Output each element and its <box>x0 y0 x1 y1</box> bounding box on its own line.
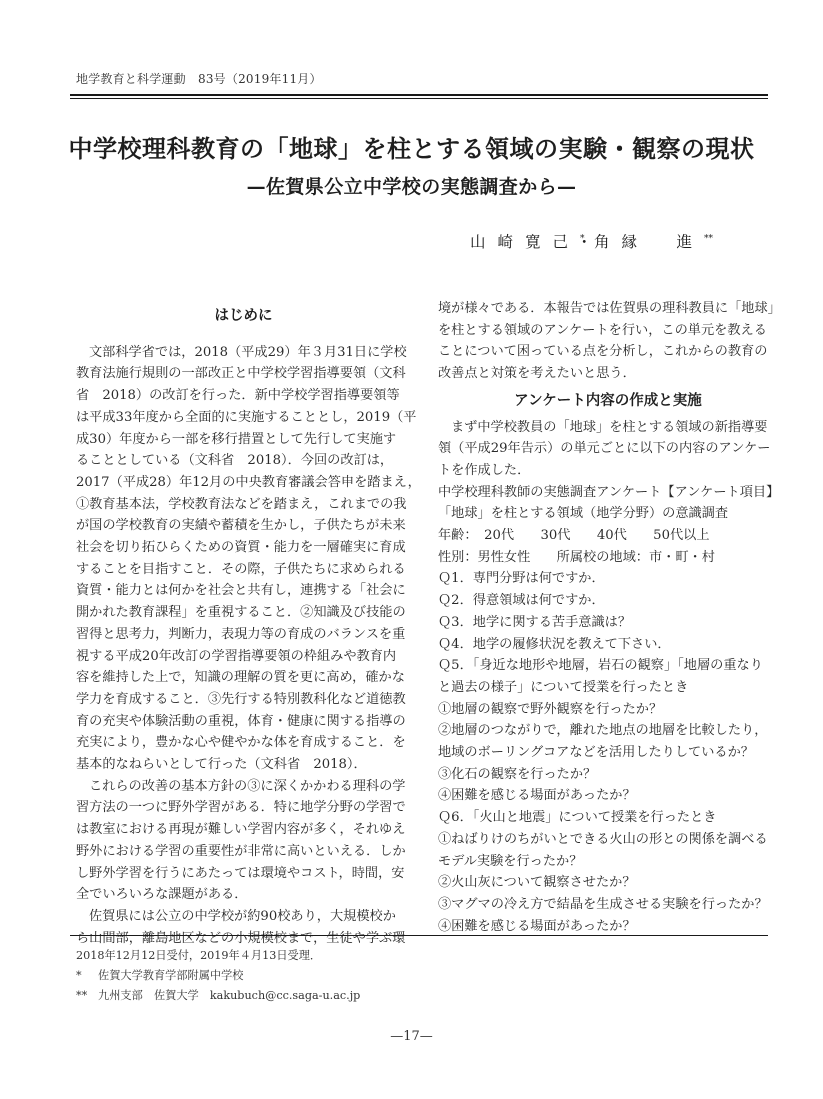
text-line: は平成33年度から全面的に実施することとし，2019（平 <box>76 407 411 429</box>
footnote-text: 佐賀大学教育学部附属中学校 <box>98 969 243 982</box>
text-line: 境が様々である．本報告では佐賀県の理科教員に「地球」 <box>438 298 778 320</box>
text-line: 容を維持した上で，知識の理解の質を更に高め，確かな <box>76 667 411 689</box>
footnote-text: 九州支部 佐賀大学 kakubuch@cc.saga-u.ac.jp <box>98 989 360 1002</box>
page-number: —17— <box>0 1029 823 1044</box>
footnotes: 2018年12月12日受付，2019年４月13日受理． *佐賀大学教育学部附属中… <box>76 946 360 1006</box>
author-separator: ・ <box>577 233 593 251</box>
text-line: は教室における再現が難しい学習内容が多く，それゆえ <box>76 819 411 841</box>
text-line: と過去の様子」について授業を行ったとき <box>438 677 778 699</box>
text-line: ①教育基本法，学校教育法などを踏まえ，これまでの我 <box>76 494 411 516</box>
text-line: 「地球」を柱とする領域（地学分野）の意識調査 <box>438 503 778 525</box>
left-column-body: 文部科学省では，2018（平成29）年３月31日に学校教育法施行規則の一部改正と… <box>76 342 411 950</box>
footnote-rule <box>70 935 768 936</box>
text-line: 文部科学省では，2018（平成29）年３月31日に学校 <box>76 342 411 364</box>
text-line: 育の充実や体験活動の重視，体育・健康に関する指導の <box>76 711 411 733</box>
text-line: ②地層のつながりで，離れた地点の地層を比較したり， <box>438 720 778 742</box>
text-line: し野外学習を行うにあたっては環境やコスト，時間，安 <box>76 863 411 885</box>
text-line: 基本的なねらいとして行った（文科省 2018）． <box>76 754 411 776</box>
text-line: ①ねばりけのちがいとできる火山の形との関係を調べる <box>438 829 778 851</box>
text-line: Ｑ4．地学の履修状況を教えて下さい． <box>438 634 778 656</box>
author-affiliation-mark: ** <box>704 234 713 244</box>
text-line: 教育法施行規則の一部改正と中学校学習指導要領（文科 <box>76 363 411 385</box>
section-heading-survey: アンケート内容の作成と実施 <box>438 391 778 413</box>
text-line: ③マグマの冷え方で結晶を生成させる実験を行ったか？ <box>438 894 778 916</box>
text-line: が国の学校教育の実績や蓄積を生かし，子供たちが未来 <box>76 515 411 537</box>
header-double-rule <box>70 94 768 99</box>
text-line: ④困難を感じる場面があったか？ <box>438 785 778 807</box>
text-line: 習方法の一つに野外学習がある．特に地学分野の学習で <box>76 797 411 819</box>
right-column-intro: 境が様々である．本報告では佐賀県の理科教員に「地球」を柱とする領域のアンケートを… <box>438 298 778 385</box>
text-line: 性別：男性女性 所属校の地域：市・町・村 <box>438 547 778 569</box>
text-line: 年齢： 20代 30代 40代 50代以上 <box>438 525 778 547</box>
footnote-mark: * <box>76 966 98 986</box>
text-line: 改善点と対策を考えたいと思う． <box>438 363 778 385</box>
text-line: 成30）年度から一部を移行措置として先行して実施す <box>76 429 411 451</box>
text-line: 開かれた教育課程」を重視すること．②知識及び技能の <box>76 602 411 624</box>
text-line: 2017（平成28）年12月の中央教育審議会答申を踏まえ， <box>76 472 411 494</box>
text-line: 中学校理科教師の実態調査アンケート【アンケート項目】 <box>438 482 778 504</box>
section-heading-introduction: はじめに <box>76 306 411 328</box>
text-line: 地域のボーリングコアなどを活用したりしているか？ <box>438 742 778 764</box>
text-line: 習得と思考力，判断力，表現力等の育成のバランスを重 <box>76 624 411 646</box>
text-line: 領（平成29年告示）の単元ごとに以下の内容のアンケー <box>438 438 778 460</box>
author-line: 山崎寛己*・角縁 進** <box>470 230 713 252</box>
text-line: Ｑ6．「火山と地震」について授業を行ったとき <box>438 807 778 829</box>
text-line: 佐賀県には公立の中学校が約90校あり，大規模校か <box>76 906 411 928</box>
text-line: 野外における学習の重要性が非常に高いといえる．しか <box>76 841 411 863</box>
text-line: トを作成した． <box>438 460 778 482</box>
text-line: 充実により，豊かな心や健やかな体を育成すること．を <box>76 732 411 754</box>
text-line: 省 2018）の改訂を行った．新中学校学習指導要領等 <box>76 385 411 407</box>
text-line: ③化石の観察を行ったか？ <box>438 764 778 786</box>
text-line: Ｑ2．得意領域は何ですか． <box>438 590 778 612</box>
article-subtitle: —佐賀県公立中学校の実態調査から— <box>0 172 823 199</box>
text-line: 社会を切り拓ひらくための資質・能力を一層確実に育成 <box>76 537 411 559</box>
footnote-item: *佐賀大学教育学部附属中学校 <box>76 966 360 986</box>
text-line: Ｑ5．「身近な地形や地層，岩石の観察」「地層の重なり <box>438 655 778 677</box>
left-column: はじめに 文部科学省では，2018（平成29）年３月31日に学校教育法施行規則の… <box>76 306 411 949</box>
text-line: モデル実験を行ったか？ <box>438 851 778 873</box>
text-line: まず中学校教員の「地球」を柱とする領域の新指導要 <box>438 417 778 439</box>
article-title: 中学校理科教育の「地球」を柱とする領域の実験・観察の現状 <box>0 129 823 164</box>
text-line: ①地層の観察で野外観察を行ったか？ <box>438 699 778 721</box>
text-line: 学力を育成すること．③先行する特別教科化など道徳教 <box>76 689 411 711</box>
text-line: 資質・能力とは何かを社会と共有し，連携する「社会に <box>76 580 411 602</box>
running-head: 地学教育と科学運動 83号（2019年11月） <box>76 70 322 87</box>
text-line: を柱とする領域のアンケートを行い，この単元を教える <box>438 320 778 342</box>
right-column: 境が様々である．本報告では佐賀県の理科教員に「地球」を柱とする領域のアンケートを… <box>438 298 778 937</box>
right-column-body: まず中学校教員の「地球」を柱とする領域の新指導要領（平成29年告示）の単元ごとに… <box>438 417 778 938</box>
text-line: Ｑ1．専門分野は何ですか． <box>438 568 778 590</box>
text-line: ことについて困っている点を分析し，これからの教育の <box>438 341 778 363</box>
footnote-mark: ** <box>76 986 98 1006</box>
text-line: ることとしている（文科省 2018）．今回の改訂は， <box>76 450 411 472</box>
text-line: これらの改善の基本方針の③に深くかかわる理科の学 <box>76 776 411 798</box>
author-name: 山崎寛己 <box>470 233 580 251</box>
author-name: 角縁 進 <box>594 233 704 251</box>
text-line: 全でいろいろな課題がある． <box>76 884 411 906</box>
text-line: ②火山灰について観察させたか？ <box>438 872 778 894</box>
received-date: 2018年12月12日受付，2019年４月13日受理． <box>76 946 360 966</box>
text-line: 視する平成20年改訂の学習指導要領の枠組みや教育内 <box>76 646 411 668</box>
text-line: することを目指すこと．その際，子供たちに求められる <box>76 559 411 581</box>
footnote-item: **九州支部 佐賀大学 kakubuch@cc.saga-u.ac.jp <box>76 986 360 1006</box>
text-line: Ｑ3．地学に関する苦手意識は？ <box>438 612 778 634</box>
